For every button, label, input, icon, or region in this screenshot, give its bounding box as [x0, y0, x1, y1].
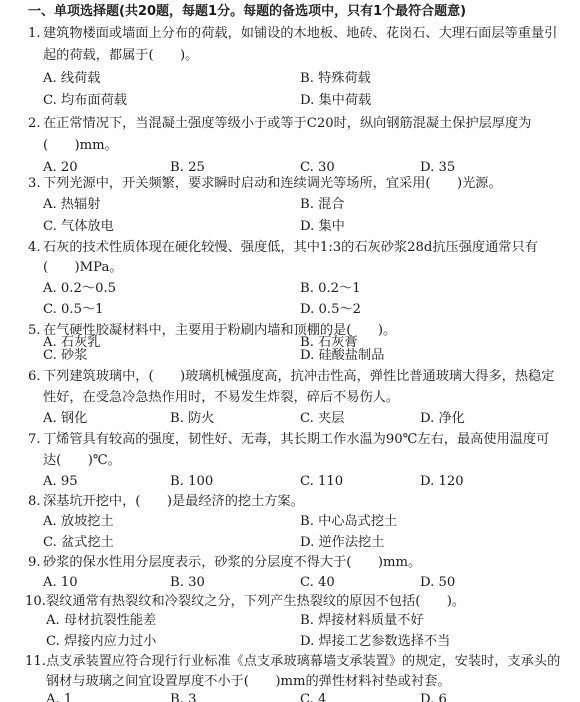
- question-number: 2.: [28, 116, 41, 132]
- option-b[interactable]: B. 防火: [170, 411, 214, 427]
- question-text-line: 下列光源中，开关频繁，要求瞬时启动和连续调光等场所，宜采用( )光源。: [43, 176, 502, 192]
- question-text-line: ( )MPa。: [43, 260, 123, 276]
- option-d[interactable]: D. 净化: [420, 411, 465, 427]
- question-number: 1.: [28, 26, 41, 42]
- question-number: 9.: [28, 555, 41, 571]
- option-c[interactable]: C. 盆式挖土: [43, 535, 114, 551]
- option-a[interactable]: A. 线荷载: [43, 71, 100, 87]
- option-c[interactable]: C. 4: [300, 692, 326, 702]
- option-d[interactable]: D. 6: [420, 692, 447, 702]
- question-text-line: 建筑物楼面或墙面上分布的荷载，如铺设的木地板、地砖、花岗石、大理石面层等重量引: [43, 26, 557, 42]
- option-a[interactable]: A. 放坡挖土: [43, 514, 114, 530]
- option-b[interactable]: B. 0.2～1: [300, 281, 361, 297]
- option-d[interactable]: D. 集中荷载: [300, 93, 371, 109]
- question-text-line: ( )mm。: [43, 138, 118, 154]
- option-d[interactable]: D. 0.5～2: [300, 302, 361, 318]
- option-c[interactable]: C. 砂浆: [43, 348, 87, 364]
- question-number: 11.: [25, 654, 46, 670]
- option-c[interactable]: C. 40: [300, 575, 335, 591]
- option-a[interactable]: A. 热辐射: [43, 197, 100, 213]
- question-number: 7.: [28, 432, 41, 448]
- option-d[interactable]: D. 35: [420, 160, 455, 176]
- option-c[interactable]: C. 均布面荷载: [43, 93, 127, 109]
- question-text-line: 性好，在受急冷急热作用时，不易发生炸裂，碎后不易伤人。: [43, 390, 399, 406]
- section-title: 一、单项选择题(共20题，每题1分。每题的备选项中，只有1个最符合题意): [28, 4, 466, 20]
- question-text-line: 深基坑开挖中，( )是最经济的挖土方案。: [43, 494, 304, 510]
- option-a[interactable]: A. 钢化: [43, 411, 87, 427]
- question-text-line: 丁烯管具有较高的强度，韧性好、无毒，其长期工作水温为90℃左右，最高使用温度可: [43, 432, 549, 448]
- option-a[interactable]: A. 0.2～0.5: [43, 281, 116, 297]
- question-text-line: 裂纹通常有热裂纹和冷裂纹之分，下列产生热裂纹的原因不包括( )。: [46, 594, 465, 610]
- question-text-line: 石灰的技术性质体现在硬化较慢、强度低，其中1:3的石灰砂浆28d抗压强度通常只有: [43, 240, 538, 256]
- question-text-line: 下列建筑玻璃中，( )玻璃机械强度高，抗冲击性高，弹性比普通玻璃大得多，热稳定: [43, 369, 554, 385]
- option-d[interactable]: D. 硅酸盐制品: [300, 348, 384, 364]
- option-d[interactable]: D. 集中: [300, 219, 345, 235]
- option-a[interactable]: A. 母材抗裂性能差: [46, 613, 156, 629]
- option-a[interactable]: A. 1: [46, 692, 72, 702]
- option-d[interactable]: D. 逆作法挖土: [300, 535, 384, 551]
- question-number: 4.: [28, 240, 41, 256]
- question-text-line: 达( )℃。: [43, 453, 121, 469]
- option-b[interactable]: B. 中心岛式挖土: [300, 514, 397, 530]
- exam-page: 一、单项选择题(共20题，每题1分。每题的备选项中，只有1个最符合题意) 1. …: [0, 0, 580, 702]
- question-text-line: 在正常情况下，当混凝土强度等级小于或等于C20时，纵向钢筋混凝土保护层厚度为: [43, 116, 531, 132]
- question-number: 6.: [28, 369, 41, 385]
- option-a[interactable]: A. 95: [43, 474, 78, 490]
- question-text-line: 砂浆的保水性用分层度表示，砂浆的分层度不得大于( )mm。: [43, 555, 421, 571]
- option-c[interactable]: C. 0.5～1: [43, 302, 104, 318]
- option-a[interactable]: A. 10: [43, 575, 78, 591]
- question-text-line: 钢材与玻璃之间宜设置厚度不小于( )mm的弹性材料衬垫或衬套。: [46, 674, 451, 690]
- option-d[interactable]: D. 50: [420, 575, 455, 591]
- option-c[interactable]: C. 焊接内应力过小: [46, 634, 156, 650]
- question-number: 8.: [28, 494, 41, 510]
- option-b[interactable]: B. 焊接材料质量不好: [300, 613, 424, 629]
- option-c[interactable]: C. 气体放电: [43, 219, 114, 235]
- option-b[interactable]: B. 30: [170, 575, 205, 591]
- option-d[interactable]: D. 120: [420, 474, 464, 490]
- option-b[interactable]: B. 100: [170, 474, 213, 490]
- option-b[interactable]: B. 特殊荷载: [300, 71, 371, 87]
- option-b[interactable]: B. 混合: [300, 197, 344, 213]
- option-a[interactable]: A. 20: [43, 160, 78, 176]
- option-d[interactable]: D. 焊接工艺参数选择不当: [300, 634, 450, 650]
- option-c[interactable]: C. 30: [300, 160, 335, 176]
- option-c[interactable]: C. 110: [300, 474, 343, 490]
- question-number: 5.: [28, 323, 41, 339]
- option-c[interactable]: C. 夹层: [300, 411, 344, 427]
- question-text-line: 起的荷载，都属于( )。: [43, 48, 198, 64]
- option-b[interactable]: B. 25: [170, 160, 205, 176]
- question-number: 3.: [28, 176, 41, 192]
- option-b[interactable]: B. 3: [170, 692, 196, 702]
- question-number: 10.: [25, 594, 46, 610]
- question-text-line: 点支承装置应符合现行行业标准《点支承玻璃幕墙支承装置》的规定，安装时，支承头的: [46, 654, 560, 670]
